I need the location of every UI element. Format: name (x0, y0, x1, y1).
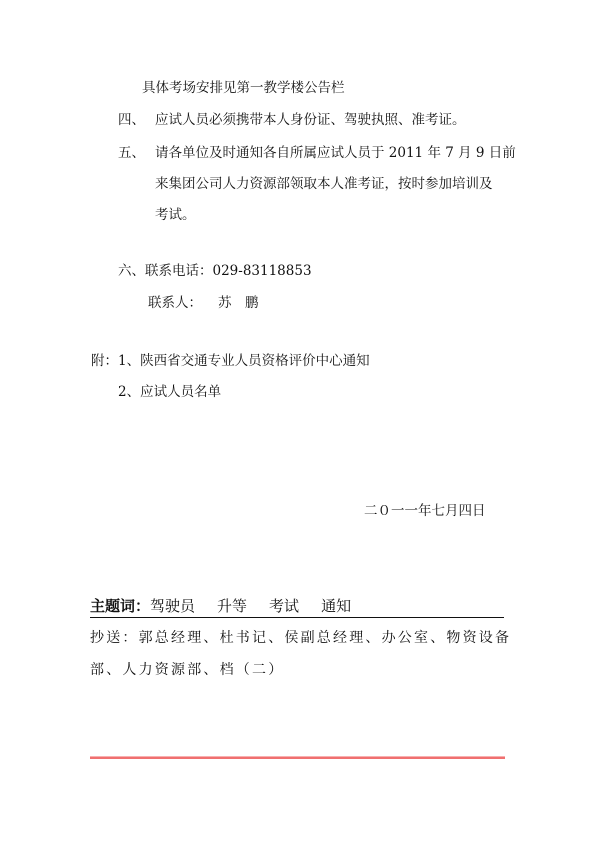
item-5-line-3: 考试。 (155, 207, 196, 223)
subject-keyword: 驾驶员 (150, 597, 195, 615)
red-divider-rule (90, 756, 505, 759)
item-4-number: 四、 (118, 112, 145, 128)
issue-date: 二０一一年七月四日 (364, 503, 486, 519)
attachment-2: 2、应试人员名单 (118, 384, 221, 400)
item-5-line-1: 请各单位及时通知各自所属应试人员于 2011 年 7 月 9 日前 (155, 145, 516, 161)
item-4-text: 应试人员必须携带本人身份证、驾驶执照、准考证。 (155, 112, 466, 128)
cc-line-1: 抄送：郭总经理、杜书记、侯副总经理、办公室、物资设备 (90, 627, 511, 647)
attachment-1: 附：1、陕西省交通专业人员资格评价中心通知 (91, 353, 370, 369)
item-5-line-2: 来集团公司人力资源部领取本人准考证，按时参加培训及 (155, 176, 493, 192)
subject-keyword: 考试 (269, 597, 299, 615)
item-5-number: 五、 (118, 145, 145, 161)
venue-note: 具体考场安排见第一教学楼公告栏 (142, 80, 345, 96)
subject-keyword: 通知 (321, 597, 351, 615)
subject-keyword: 升等 (217, 597, 247, 615)
contact-name: 苏 鹏 (218, 295, 259, 311)
cc-line-2: 部、人力资源部、档（二） (90, 659, 284, 679)
subject-keywords-line: 主题词：驾驶员升等考试通知 (90, 597, 504, 618)
item-6-contact-phone: 六、联系电话：029-83118853 (118, 263, 312, 279)
subject-label: 主题词： (90, 597, 150, 615)
contact-label: 联系人： (148, 295, 202, 311)
